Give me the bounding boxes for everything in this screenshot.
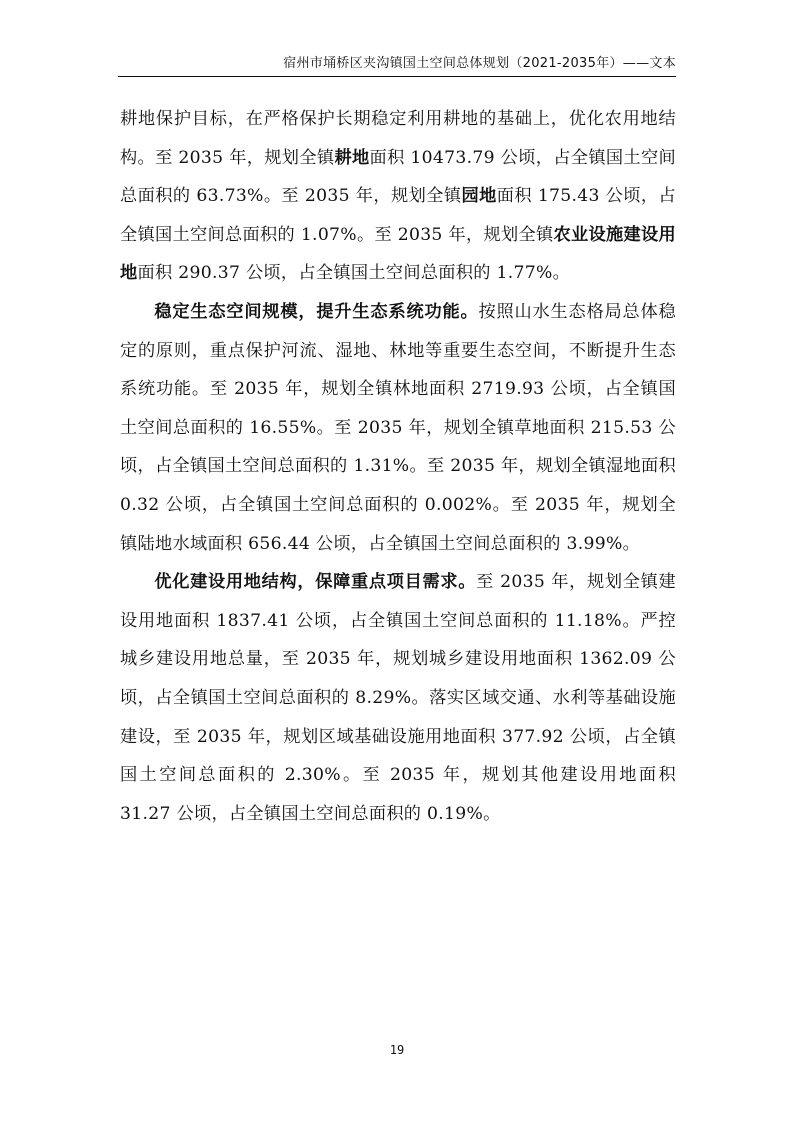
bold-term-farmland: 耕地 [334, 148, 369, 168]
paragraph-lead-heading: 优化建设用地结构，保障重点项目需求。 [154, 572, 476, 592]
paragraph-construction: 优化建设用地结构，保障重点项目需求。至 2035 年，规划全镇建设用地面积 18… [120, 563, 676, 833]
text-span: 面积 290.37 公顷，占全镇国土空间总面积的 1.77%。 [138, 263, 571, 283]
text-span: 按照山水生态格局总体稳定的原则，重点保护河流、湿地、林地等重要生态空间，不断提升… [120, 302, 676, 554]
paragraph-farmland: 耕地保护目标，在严格保护长期稳定利用耕地的基础上，优化农用地结构。至 2035 … [120, 100, 676, 293]
text-span: 至 2035 年，规划全镇建设用地面积 1837.41 公顷，占全镇国土空间总面… [120, 572, 676, 824]
page-header: 宿州市埇桥区夹沟镇国土空间总体规划（2021-2035年）——文本 [118, 52, 676, 77]
paragraph-ecology: 稳定生态空间规模，提升生态系统功能。按照山水生态格局总体稳定的原则，重点保护河流… [120, 293, 676, 563]
body-text: 耕地保护目标，在严格保护长期稳定利用耕地的基础上，优化农用地结构。至 2035 … [120, 100, 676, 833]
paragraph-lead-heading: 稳定生态空间规模，提升生态系统功能。 [154, 302, 478, 322]
document-title: 宿州市埇桥区夹沟镇国土空间总体规划（2021-2035年）——文本 [283, 52, 676, 71]
bold-term-orchard: 园地 [461, 186, 496, 206]
page-number: 19 [0, 1043, 794, 1057]
